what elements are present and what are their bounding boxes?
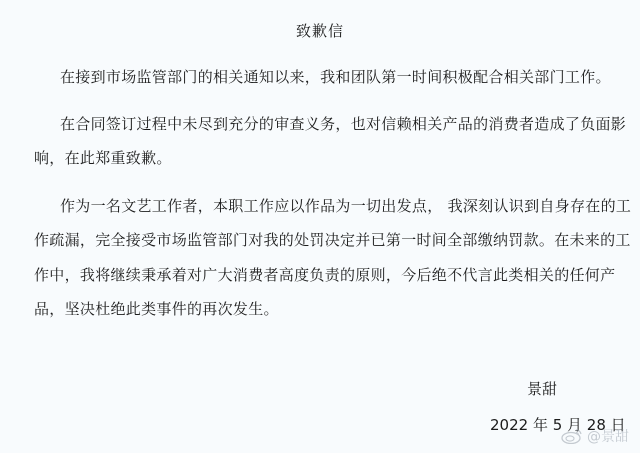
apology-letter: 致歉信 在接到市场监管部门的相关通知以来，我和团队第一时间积极配合相关部门工作。… xyxy=(0,0,640,453)
letter-title: 致歉信 xyxy=(0,20,640,41)
paragraph-1-line-1: 在接到市场监管部门的相关通知以来，我和团队第一时间积极配合相关部门工作。 xyxy=(60,66,611,87)
signature: 景甜 xyxy=(527,378,557,399)
paragraph-2-line-1: 在合同签订过程中未尽到充分的审查义务，也对信赖相关产品的消费者造成了负面影 xyxy=(60,113,626,134)
weibo-watermark: @景甜 xyxy=(561,426,629,446)
paragraph-2-line-2: 响，在此郑重致歉。 xyxy=(34,147,172,168)
weibo-icon xyxy=(561,428,583,444)
paragraph-3-line-2: 作疏漏，完全接受市场监管部门对我的处罚决定并已第一时间全部缴纳罚款。在未来的工 xyxy=(34,229,631,250)
paragraph-3-line-4: 品，坚决杜绝此类事件的再次发生。 xyxy=(34,298,279,319)
paragraph-3-line-3: 作中，我将继续秉承着对广大消费者高度负责的原则，今后绝不代言此类相关的任何产 xyxy=(34,264,615,285)
paragraph-3-line-1: 作为一名文艺工作者，本职工作应以作品为一切出发点， 我深刻认识到自身存在的工 xyxy=(60,195,631,216)
watermark-text: @景甜 xyxy=(587,426,629,446)
